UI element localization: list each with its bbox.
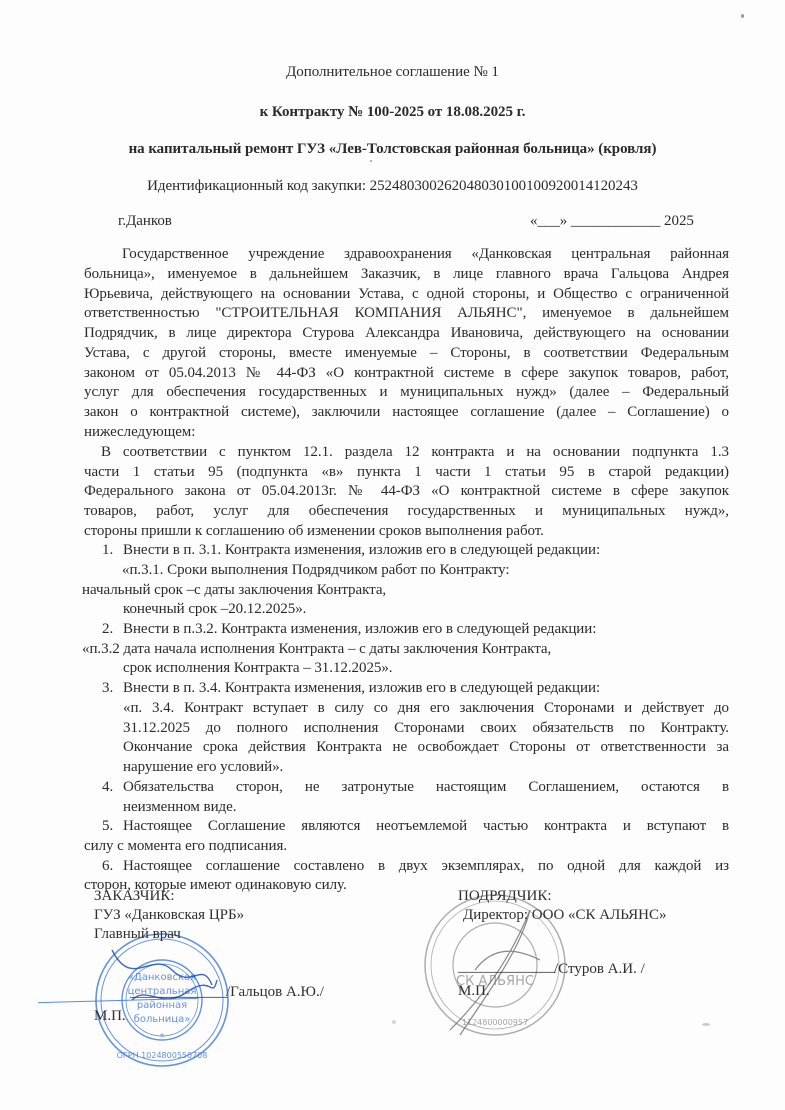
item-number: 1.	[102, 541, 113, 560]
item-quote-line: начальный срок –с даты заключения Контра…	[82, 581, 386, 600]
scan-speck	[702, 1023, 710, 1026]
scan-speck	[741, 14, 744, 18]
item-number: 6.	[102, 857, 113, 876]
document-page: Дополнительное соглашение № 1 к Контракт…	[0, 0, 785, 1110]
item-text: Внести в п. 3.4. Контракта изменения, из…	[123, 679, 600, 698]
date-placeholder: «___» ____________ 2025	[530, 212, 694, 231]
document-subject: на капитальный ремонт ГУЗ «Лев-Толстовск…	[0, 140, 785, 159]
item-quote-line: 31.12.2025 до полного исполнения Сторона…	[123, 719, 729, 738]
item-number: 2.	[102, 620, 113, 639]
basis-line: стороны пришли к соглашению об изменении…	[84, 522, 729, 541]
item-quote-line: «п.3.2 дата начала исполнения Контракта …	[82, 640, 551, 659]
basis-line: части 1 статьи 95 (подпункта «в» пункта …	[84, 463, 729, 482]
item-number: 3.	[102, 679, 113, 698]
customer-org: ГУЗ «Данковская ЦРБ»	[94, 906, 244, 925]
preamble-line: услуг для обеспечения государственных и …	[84, 383, 729, 402]
customer-position: Главный врач	[94, 925, 181, 944]
item-number: 4.	[102, 778, 113, 797]
svg-text:1124800000957: 1124800000957	[462, 1018, 528, 1027]
procurement-code: Идентификационный код закупки: 252480300…	[0, 177, 785, 196]
document-title: Дополнительное соглашение № 1	[0, 63, 785, 82]
document-subtitle: к Контракту № 100-2025 от 18.08.2025 г.	[0, 103, 785, 122]
item-line: силу с момента его подписания.	[84, 837, 287, 856]
city: г.Данков	[118, 212, 172, 231]
preamble-line: Государственное учреждение здравоохранен…	[122, 245, 729, 264]
scan-speck	[392, 1020, 396, 1024]
basis-line: В соответствии с пунктом 12.1. раздела 1…	[101, 443, 729, 462]
preamble-line: законом от 05.04.2013 № 44-ФЗ «О контрак…	[84, 364, 729, 383]
item-quote-line: Окончание срока действия Контракта не ос…	[123, 738, 729, 757]
item-quote-line: нарушение его условий».	[123, 758, 283, 777]
customer-seal-mark: М.П.	[94, 1007, 126, 1026]
basis-line: товаров, работ, услуг для обеспечения го…	[84, 502, 729, 521]
item-quote-line: «п.3.1. Сроки выполнения Подрядчиком раб…	[122, 561, 510, 580]
item-line: неизменном виде.	[123, 798, 236, 817]
preamble-line: закон о контрактной системе), заключили …	[84, 403, 729, 422]
item-quote-line: конечный срок –20.12.2025».	[123, 600, 306, 619]
svg-text:ОГРН 1024800550708: ОГРН 1024800550708	[117, 1051, 208, 1060]
item-quote-line: «п. 3.4. Контракт вступает в силу со дня…	[123, 699, 729, 718]
svg-text:*: *	[160, 1032, 165, 1043]
basis-line: Федерального закона от 05.04.2013г. № 44…	[84, 482, 729, 501]
preamble-line: Подрядчик, в лице директора Стурова Алек…	[84, 324, 729, 343]
svg-text:больница»: больница»	[134, 1014, 191, 1025]
preamble-line: Юрьевича, действующего на основании Уста…	[84, 285, 729, 304]
item-text: Внести в п.3.2. Контракта изменения, изл…	[123, 620, 596, 639]
preamble-line: ответственностью "СТРОИТЕЛЬНАЯ КОМПАНИЯ …	[84, 304, 729, 323]
item-line: Настоящее Соглашение являются неотъемлем…	[123, 817, 729, 836]
scan-speck	[370, 160, 372, 162]
preamble-line: больница», именуемое в дальнейшем Заказч…	[84, 265, 729, 284]
customer-signature-line: _____________	[130, 983, 228, 1002]
preamble-line: Устава, с другой стороны, вместе именуем…	[84, 344, 729, 363]
item-quote-line: срок исполнения Контракта – 31.12.2025».	[123, 659, 393, 678]
contractor-seal-mark: М.П.	[458, 982, 490, 1001]
preamble-line: нижеследующем:	[84, 423, 729, 442]
customer-name: /Гальцов А.Ю./	[226, 983, 324, 1002]
customer-heading: ЗАКАЗЧИК:	[94, 887, 175, 906]
item-line: Обязательства сторон, не затронутые наст…	[123, 778, 729, 797]
contractor-position-org: Директор: ООО «СК АЛЬЯНС»	[463, 906, 666, 925]
contractor-heading: ПОДРЯДЧИК:	[458, 887, 552, 906]
item-line: Настоящее соглашение составлено в двух э…	[123, 857, 729, 876]
contractor-name: /Стуров А.И. /	[554, 960, 645, 979]
contractor-signature-line: _____________	[458, 958, 556, 977]
item-text: Внести в п. 3.1. Контракта изменения, из…	[123, 541, 600, 560]
item-number: 5.	[102, 817, 113, 836]
